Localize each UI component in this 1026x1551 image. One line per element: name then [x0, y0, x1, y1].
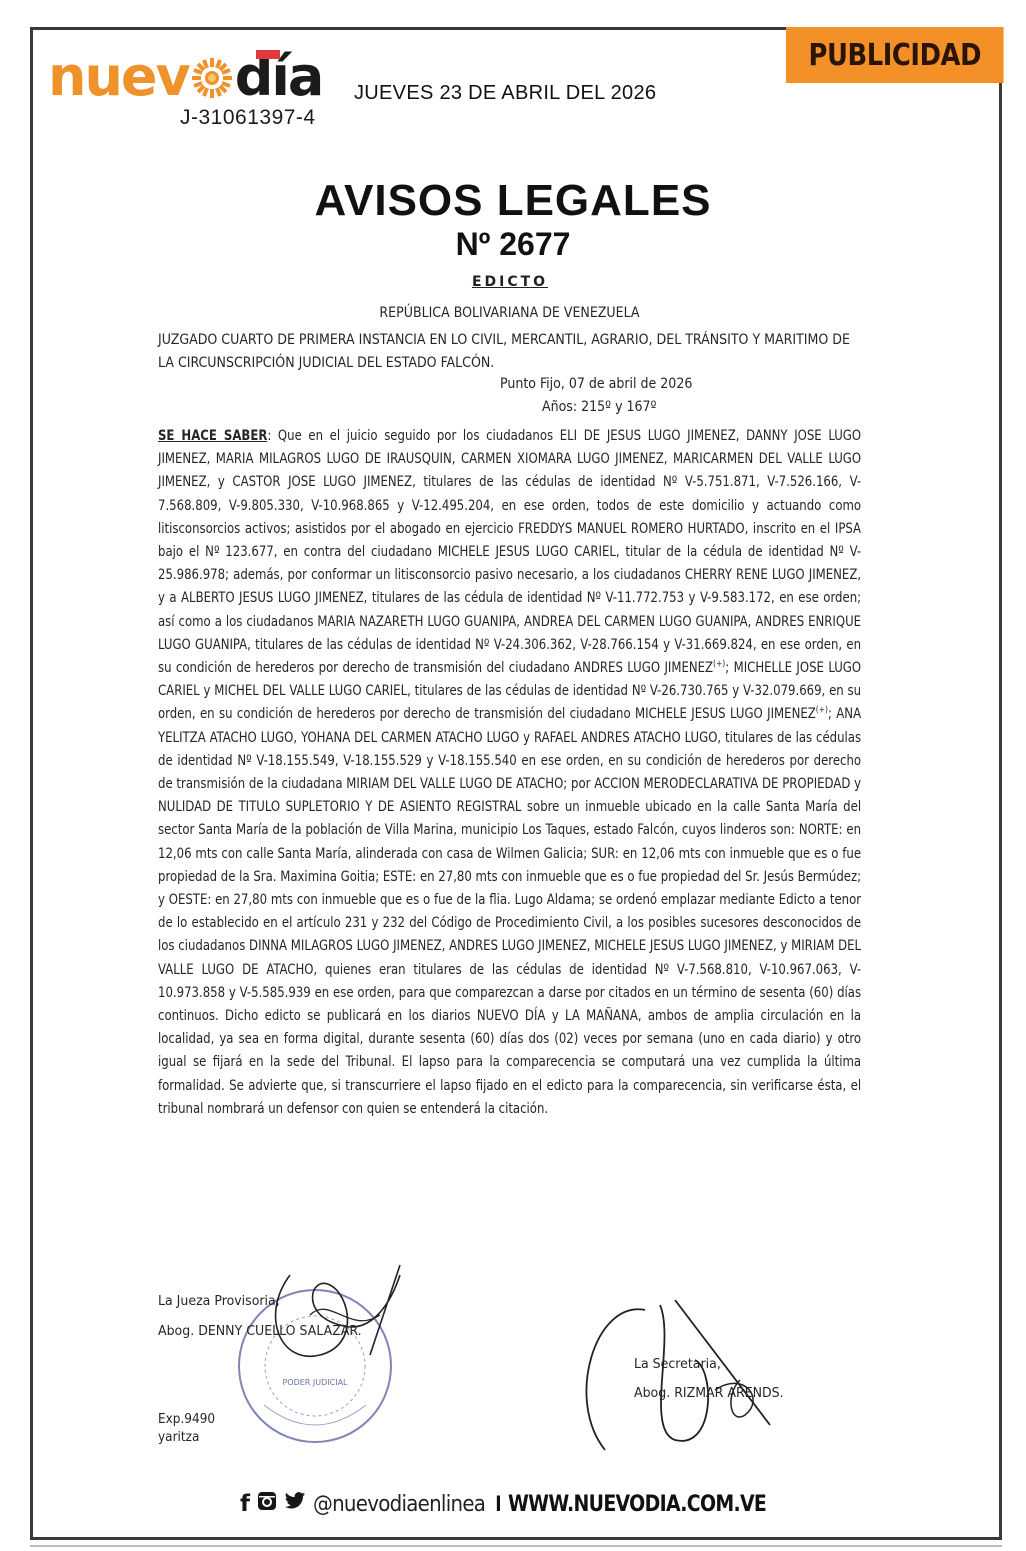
judge-title: La Jueza Provisoria, — [158, 1293, 280, 1309]
logo-text-right: día — [235, 52, 323, 102]
rif-number: J-31061397-4 — [180, 106, 316, 130]
twitter-icon[interactable] — [284, 1491, 306, 1517]
years-line: Años: 215º y 167º — [542, 399, 842, 415]
edict-body: SE HACE SABER: Que en el juicio seguido … — [158, 425, 861, 1121]
section-badge-label: PUBLICIDAD — [808, 38, 981, 73]
deceased-mark: (+) — [816, 706, 828, 716]
notice-number: Nº 2677 — [0, 226, 1026, 263]
social-handle[interactable]: @nuevodiaenlinea — [313, 1492, 485, 1517]
deceased-mark: (+) — [713, 659, 725, 669]
secretary-title: La Secretaria, — [634, 1356, 721, 1372]
website-link[interactable]: WWW.NUEVODIA.COM.VE — [508, 1492, 766, 1517]
page-title: AVISOS LEGALES — [0, 176, 1026, 226]
body-part-3: ; ANA YELITZA ATACHO LUGO, YOHANA DEL CA… — [158, 706, 861, 1116]
facebook-icon[interactable]: f — [240, 1491, 250, 1517]
publication-date: JUEVES 23 DE ABRIL DEL 2026 — [354, 82, 656, 105]
nuevodia-logo: nuev — [48, 52, 322, 102]
sun-icon — [190, 56, 234, 100]
secretary-name: Abog. RIZMAR ARENDS. — [634, 1385, 784, 1401]
logo-accent-mark — [256, 50, 280, 59]
footer-separator: I — [495, 1491, 501, 1517]
instagram-icon[interactable] — [257, 1491, 277, 1517]
clerk-initials: yaritza — [158, 1430, 199, 1445]
court-name: JUZGADO CUARTO DE PRIMERA INSTANCIA EN L… — [158, 329, 861, 375]
document-heading: EDICTO — [0, 274, 1020, 290]
body-lead: SE HACE SABER — [158, 428, 267, 444]
judge-name: Abog. DENNY CUELLO SALAZAR. — [158, 1323, 362, 1339]
section-badge: PUBLICIDAD — [786, 27, 1004, 83]
stamp-label: PODER JUDICIAL — [282, 1378, 348, 1387]
judge-signature — [250, 1255, 430, 1375]
frame-shadow — [30, 1545, 1002, 1547]
secretary-signature — [565, 1300, 795, 1460]
body-part-1: : Que en el juicio seguido por los ciuda… — [158, 428, 861, 676]
footer: f @nuevodiaenlinea I WWW.NUEVODIA.COM.VE — [240, 1487, 809, 1521]
logo-text-left: nuev — [48, 52, 189, 102]
case-number: Exp.9490 — [158, 1412, 215, 1427]
place-date: Punto Fijo, 07 de abril de 2026 — [500, 376, 900, 392]
republic-line: REPÚBLICA BOLIVARIANA DE VENEZUELA — [158, 305, 861, 321]
